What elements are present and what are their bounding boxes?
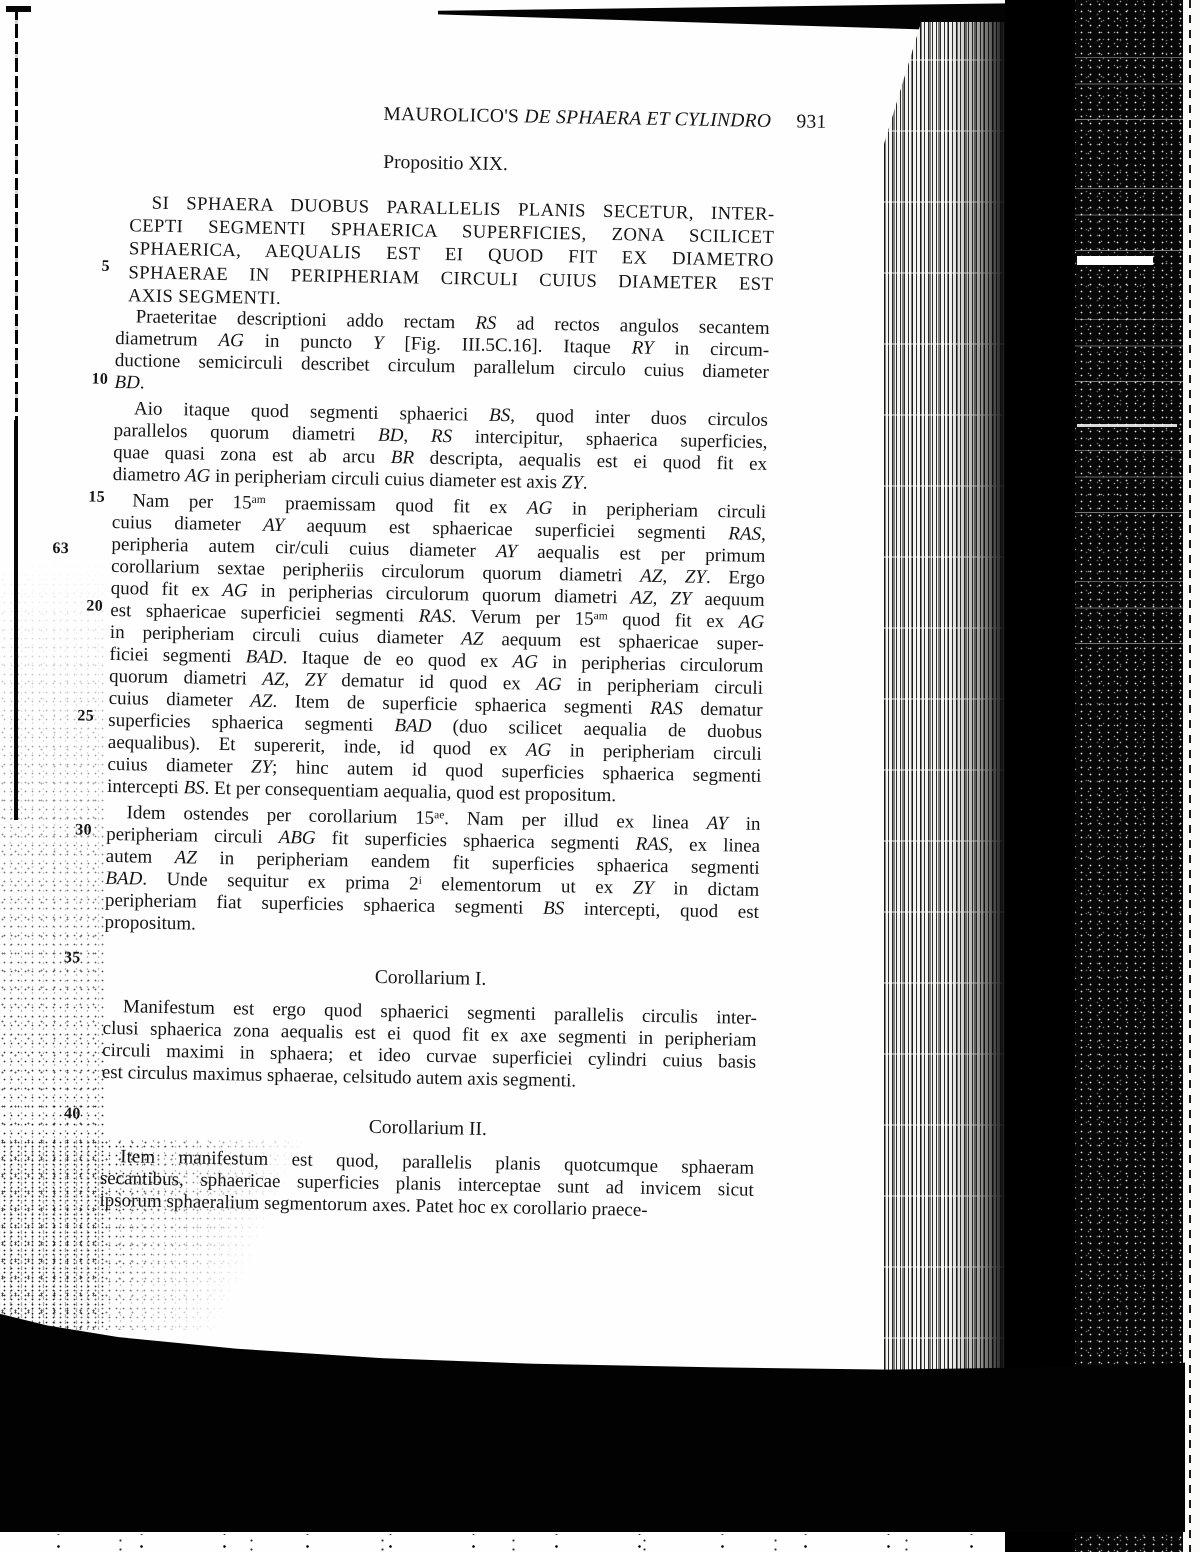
page-number: 931 [796,111,827,133]
corollarium-1-paragraphs: Manifestum est ergo quod sphaerici segme… [102,996,758,1096]
book-page-edges-striation [884,22,1008,1378]
running-head-author: MAUROLICO'S [383,104,519,127]
paragraph: Aio itaque quod segmenti sphaerici BS, q… [113,398,769,498]
right-margin-strip [1183,0,1200,1552]
left-edge-tick [6,6,31,12]
enunciation-block: SI SPHAERA DUOBUS PARALLELIS PLANIS SECE… [128,191,775,319]
page-edge-highlight-streak [1077,424,1177,427]
margin-line-number: 63 [52,540,69,558]
book-edge-black-band [1005,0,1077,1552]
margin-line-number: 15 [88,489,105,507]
main-paragraphs: Praeteritae descriptioni addo rectam RS … [104,306,769,946]
proposition-heading: Propositio XIX. [118,147,772,181]
page-edge-streaks [1075,36,1183,676]
left-edge-line-top [15,8,18,423]
margin-line-number: 5 [101,258,110,276]
corollarium-1-heading: Corollarium I. [103,962,757,996]
bottom-scan-dots [0,1534,1200,1552]
body-text: Praeteritae descriptioni addo rectam RS … [99,306,770,1228]
page-edge-highlight-streak [1077,256,1153,265]
paragraph: Idem ostendes per corollarium 15ae. Nam … [104,802,760,946]
bottom-left-noise [0,1140,340,1330]
paragraph: Praeteritae descriptioni addo rectam RS … [114,306,770,406]
running-head: MAUROLICO'S DE SPHAERA ET CYLINDRO 931 [383,104,827,134]
running-head-work-title: DE SPHAERA ET CYLINDRO [524,106,771,132]
paragraph: Nam per 15am praemissam quod fit ex AG i… [107,490,767,810]
perforation-dash-line [1189,0,1191,1552]
margin-line-number: 10 [91,371,108,389]
paragraph: Manifestum est ergo quod sphaerici segme… [102,996,758,1096]
